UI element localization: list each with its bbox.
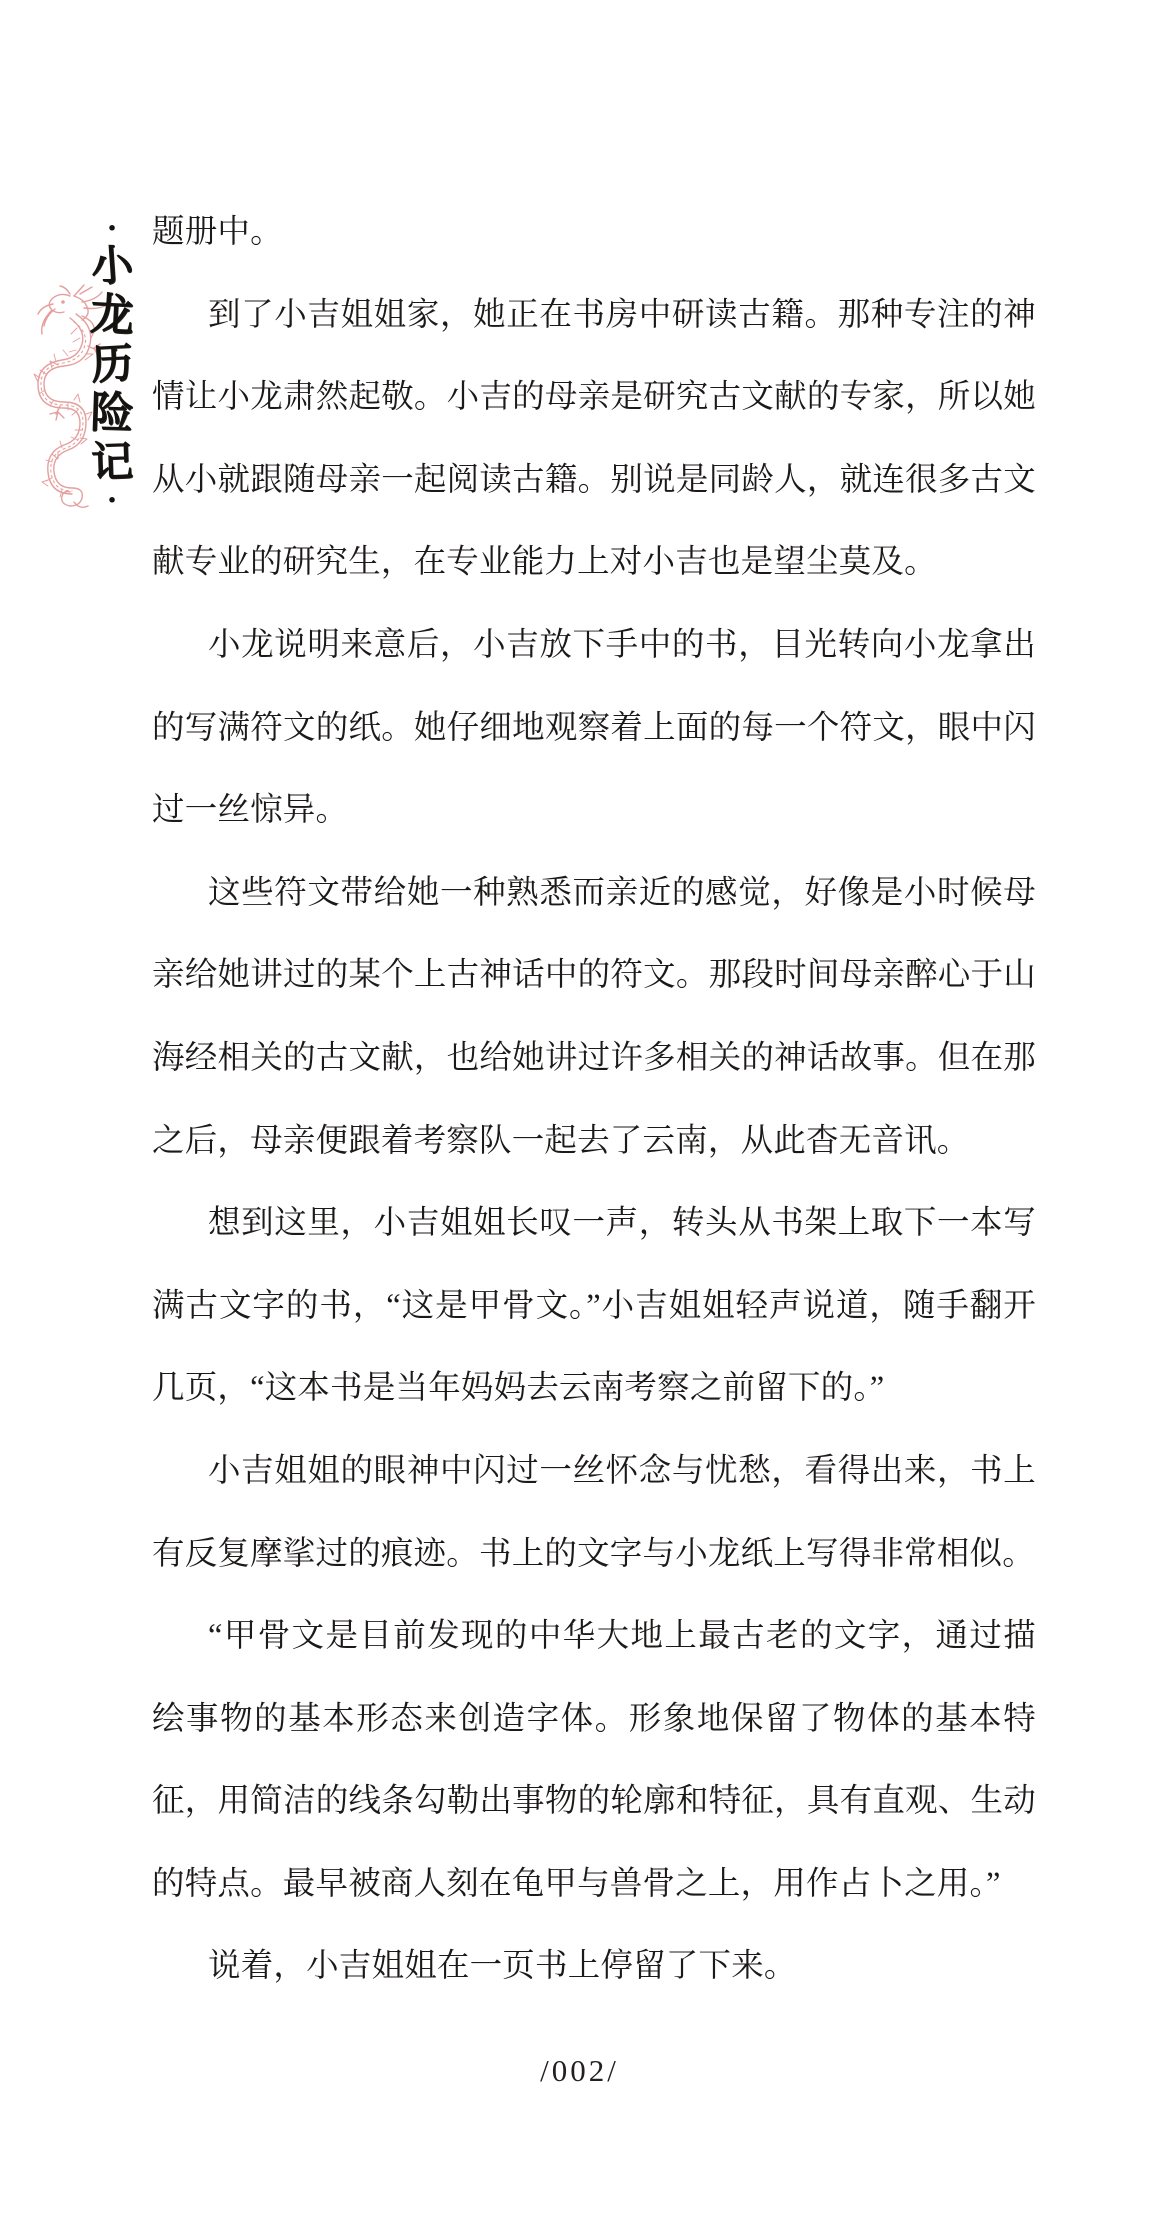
title-character: 小: [90, 244, 135, 291]
title-character: 历: [90, 342, 134, 388]
paragraph: 想到这里，小吉姐姐长叹一声，转头从书架上取下一本写满古文字的书，“这是甲骨文。”…: [152, 1182, 1036, 1430]
paragraph: “甲骨文是目前发现的中华大地上最古老的文字，通过描绘事物的基本形态来创造字体。形…: [152, 1595, 1036, 1925]
paragraph: 到了小吉姐姐家，她正在书房中研读古籍。那种专注的神情让小龙肃然起敬。小吉的母亲是…: [152, 274, 1036, 604]
page-footer: /002/: [0, 2053, 1159, 2089]
title-character: 龙: [89, 292, 135, 340]
page-number: /002/: [540, 2053, 619, 2088]
title-character: 险: [90, 391, 135, 438]
paragraph: 小吉姐姐的眼神中闪过一丝怀念与忧愁，看得出来，书上有反复摩挲过的痕迹。书上的文字…: [152, 1430, 1036, 1595]
book-page: ·小龙历险记· 题册中。到了小吉姐姐家，她正在书房中研读古籍。那种专注的神情让小…: [0, 0, 1159, 2225]
text-block: 题册中。到了小吉姐姐家，她正在书房中研读古籍。那种专注的神情让小龙肃然起敬。小吉…: [152, 191, 1036, 2008]
paragraph: 题册中。: [152, 191, 1036, 274]
title-dot: ·: [106, 218, 117, 240]
title-character: 记: [90, 440, 134, 485]
paragraph: 这些符文带给她一种熟悉而亲近的感觉，好像是小时候母亲给她讲过的某个上古神话中的符…: [152, 852, 1036, 1182]
vertical-title: ·小龙历险记·: [86, 218, 138, 512]
title-dot: ·: [106, 490, 117, 512]
paragraph: 小龙说明来意后，小吉放下手中的书，目光转向小龙拿出的写满符文的纸。她仔细地观察着…: [152, 604, 1036, 852]
paragraph: 说着，小吉姐姐在一页书上停留了下来。: [152, 1925, 1036, 2008]
